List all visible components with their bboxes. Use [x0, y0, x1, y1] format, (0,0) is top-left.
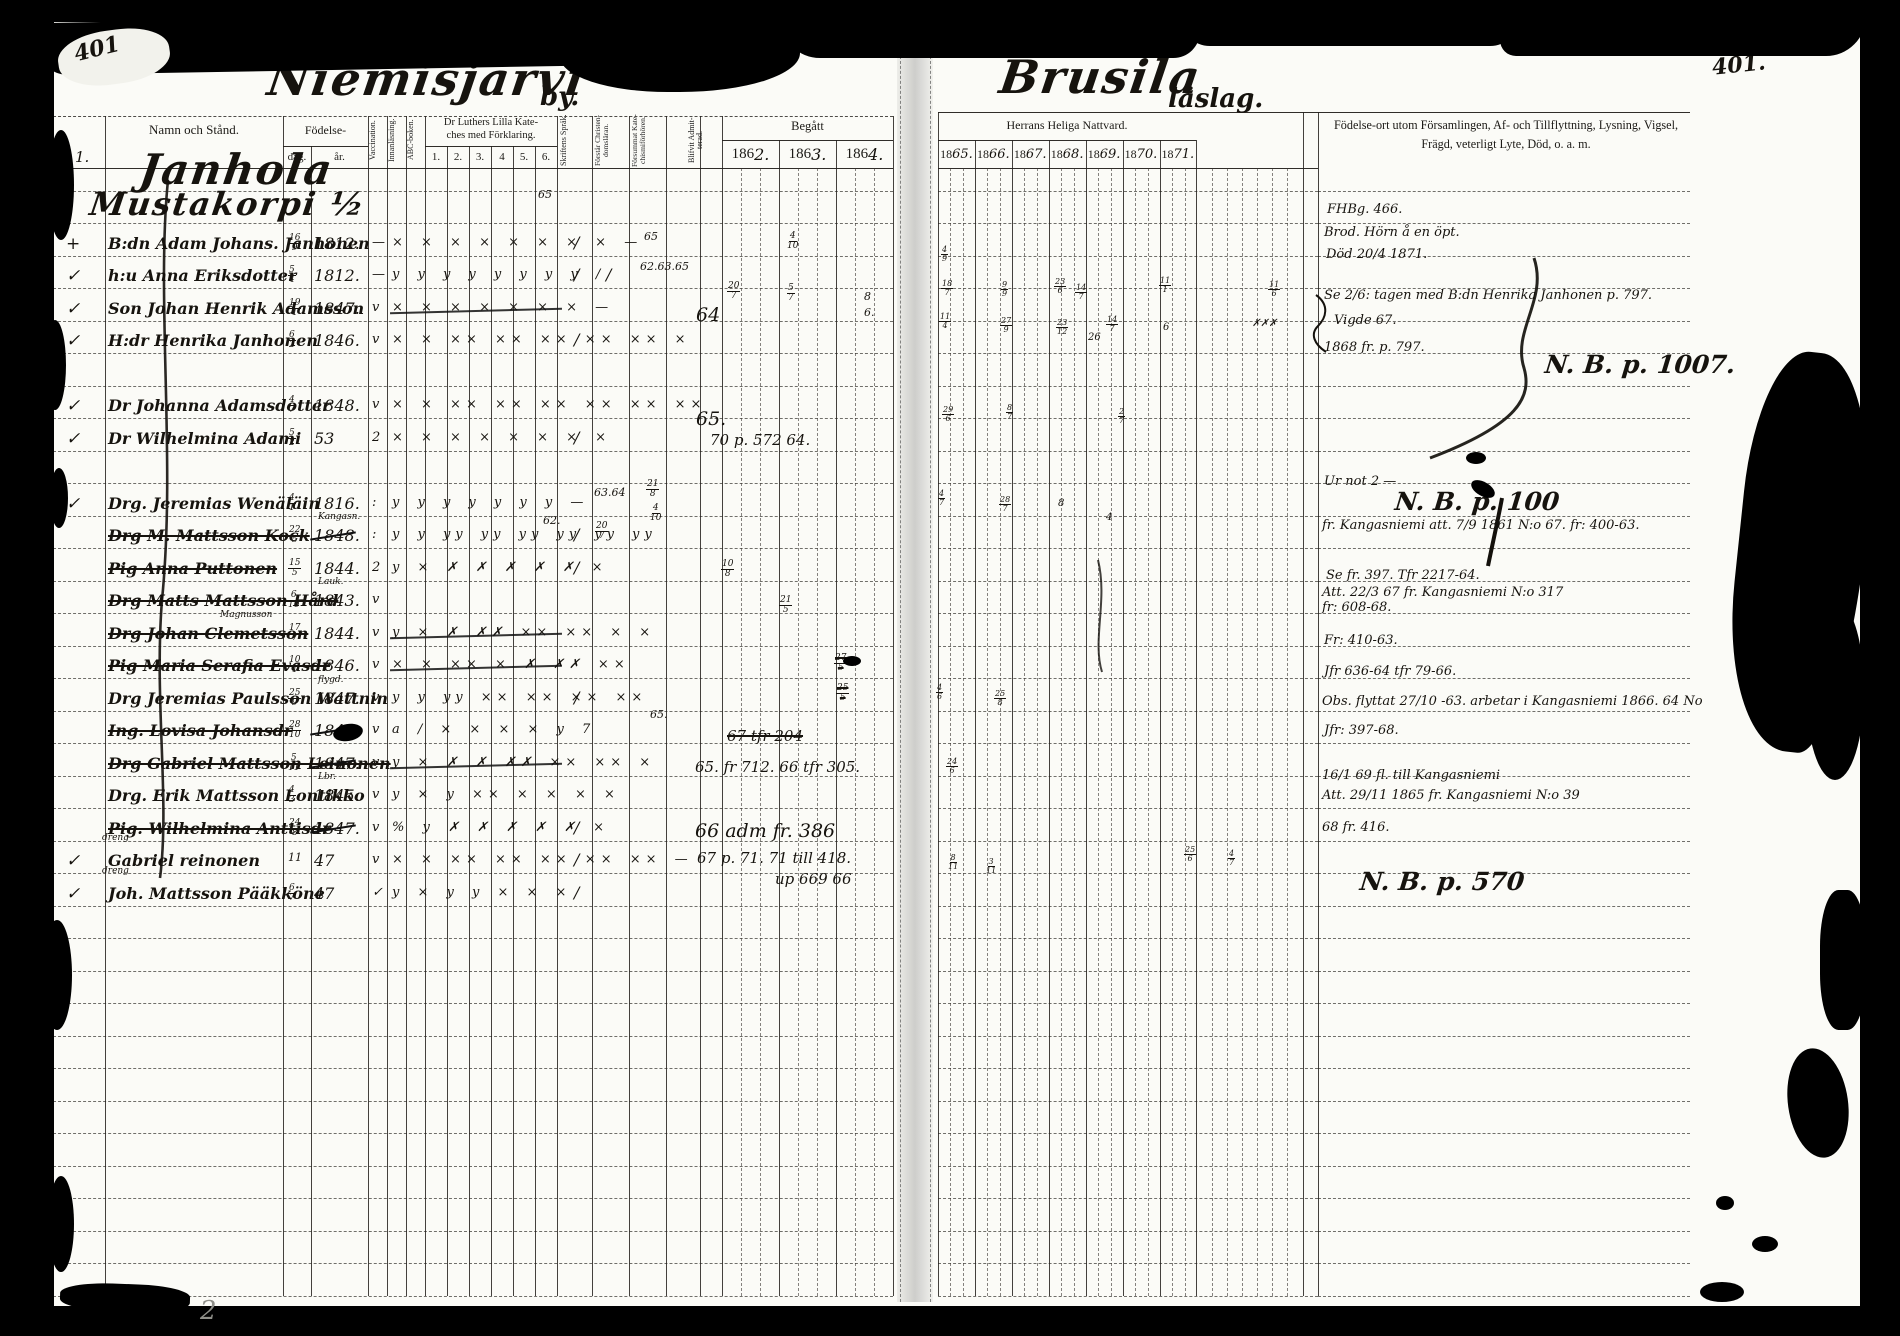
- year-label-part: 3.: [811, 145, 826, 164]
- fraction-part: 17: [288, 624, 301, 634]
- begatt-annotation: 70 p. 572 64.: [710, 431, 810, 449]
- note-entry: Jfr 636-64 tfr 79-66.: [1324, 664, 1456, 679]
- year-label-part: 18: [1051, 147, 1063, 162]
- fraction-part: 6: [1188, 855, 1193, 863]
- begatt-annotation: 207: [595, 522, 608, 541]
- birth-day: 11: [288, 851, 302, 864]
- fraction-part: 6: [288, 884, 296, 894]
- communion-mark: 236: [1054, 278, 1066, 295]
- begatt-annotation: 410: [650, 504, 661, 523]
- script-mark: /: [574, 818, 579, 837]
- ruled-line: [48, 223, 893, 224]
- ruled-line: [48, 1101, 893, 1102]
- communion-mark: 256: [1184, 846, 1196, 863]
- begatt-annotation: 67 p. 71. 71 till 418.: [697, 849, 851, 867]
- ink-blot: [843, 656, 861, 666]
- year-label-part: 69.: [1100, 147, 1121, 162]
- fraction-part: 5: [840, 694, 846, 703]
- row-name: Pig. Wilhelmina Anttisdr: [108, 819, 298, 838]
- note-entry: Död 20/4 1871.: [1326, 247, 1427, 262]
- fraction-part: 5: [290, 754, 298, 764]
- ruled-line: [48, 353, 893, 354]
- communion-mark: 147: [1106, 316, 1118, 333]
- fraction-part: 2: [289, 439, 295, 448]
- communion-mark: 8: [1058, 498, 1064, 509]
- year-label-part: 18: [1014, 147, 1026, 162]
- fraction-part: 5: [838, 664, 844, 673]
- year-label-part: 2.: [754, 145, 769, 164]
- communion-mark: 46: [936, 684, 943, 701]
- begatt-annotation: 64: [696, 304, 720, 326]
- ruled-line: [938, 646, 1318, 647]
- fraction-part: 5: [292, 536, 298, 545]
- fraction-part: 7: [292, 634, 298, 643]
- ruled-line: [48, 1263, 893, 1264]
- ruled-line: [48, 288, 893, 289]
- header-notes-line2: Frägd, veterligt Lyte, Död, o. a. m.: [1421, 137, 1590, 151]
- fraction-part: 6: [937, 693, 942, 701]
- header-year: 1868.: [1049, 140, 1086, 168]
- ruled-line: [938, 1166, 1318, 1167]
- column-line: [1227, 168, 1228, 1296]
- birth-year-note: Kangasn.: [318, 512, 360, 522]
- column-line: [1074, 168, 1075, 1296]
- ruled-line: [1318, 451, 1690, 452]
- scan-artifact: [780, 18, 1200, 58]
- year-label-part: 4.: [868, 145, 883, 164]
- ruled-line: [48, 1068, 893, 1069]
- birth-year: 1812.: [314, 266, 360, 285]
- vaccination-mark: ✓: [372, 885, 383, 900]
- communion-mark: 311: [986, 858, 996, 875]
- birth-year: 1847.: [314, 689, 360, 708]
- year-label-part: 18: [977, 147, 989, 162]
- ruled-line: [48, 386, 893, 387]
- scan-artifact: [1820, 890, 1866, 1030]
- ruled-line: [48, 711, 893, 712]
- begatt-annotation: 410: [787, 232, 798, 251]
- vaccination-mark: v: [372, 397, 379, 412]
- ruled-line: [48, 1231, 893, 1232]
- birth-day: 259: [288, 689, 301, 708]
- fraction-part: 9: [1002, 290, 1007, 298]
- row-name: B:dn Adam Johans. Janhonen: [108, 234, 298, 253]
- ruled-line: [48, 418, 893, 419]
- script-mark: /: [574, 883, 579, 902]
- ruled-line: [938, 256, 1318, 257]
- fraction-part: 6: [1058, 287, 1063, 295]
- column-line: [975, 140, 976, 1296]
- fraction-part: 4: [289, 276, 295, 285]
- header-year: 1867.: [1012, 140, 1049, 168]
- ruled-line: [48, 906, 893, 907]
- fraction-part: 4: [288, 494, 296, 504]
- header-understands: Förstår Christen-domsläran.: [594, 112, 628, 169]
- header-birth: Födelse-: [283, 118, 368, 142]
- fraction-part: 16: [288, 234, 301, 244]
- column-line: [1257, 168, 1258, 1296]
- scan-artifact: [1500, 16, 1866, 56]
- year-label-part: 70.: [1137, 147, 1158, 162]
- script-mark: /: [574, 558, 579, 577]
- communion-mark: 147: [1075, 284, 1087, 301]
- catechism-marks: × × × × × × × × —: [392, 235, 642, 250]
- communion-mark: 246: [946, 758, 958, 775]
- understands-mark: /: [606, 265, 611, 284]
- fraction-part: 7: [939, 499, 944, 507]
- row-name: h:u Anna Eriksdotter: [108, 266, 296, 285]
- column-line: [1123, 140, 1124, 1296]
- column-line: [836, 140, 837, 1296]
- column-line: [893, 116, 894, 1296]
- row-name: Drg Gabriel Mattsson Leinonen: [108, 754, 298, 773]
- ruled-line: [1318, 1296, 1690, 1297]
- scan-artifact: [1466, 452, 1486, 464]
- ruled-line: [1318, 1263, 1690, 1264]
- vaccination-mark: v: [372, 625, 379, 640]
- begatt-annotation: 215: [779, 596, 792, 615]
- fraction-part: 7: [945, 289, 950, 297]
- right-page-title-suffix: läslag.: [1168, 84, 1263, 114]
- ruled-line: [938, 1101, 1318, 1102]
- left-page-title-suffix: by.: [540, 82, 579, 112]
- begatt-annotation: 57: [787, 284, 795, 303]
- column-line: [963, 168, 964, 1296]
- ruled-line: [48, 971, 893, 972]
- header-catechism-col: 6.: [535, 146, 557, 168]
- catechism-marks: y y yy yy yy yy yy yy: [392, 527, 657, 542]
- birth-day: 43: [288, 786, 296, 805]
- header-year: 1864.: [836, 140, 893, 168]
- year-label-part: 68.: [1063, 147, 1084, 162]
- fraction-part: 9: [942, 255, 947, 263]
- row-name: Dr Wilhelmina Adami: [108, 429, 298, 448]
- fraction-part: 6: [950, 767, 955, 775]
- fraction-part: 10: [289, 731, 300, 740]
- communion-mark: 26: [1088, 332, 1101, 343]
- begatt-annotation: 255: [836, 684, 849, 703]
- vaccination-mark: v: [372, 300, 379, 315]
- row-name: Drg Jeremias Paulsson Wattnin: [108, 689, 298, 708]
- row-name: Pig Maria Serafia Evasdr: [108, 656, 298, 675]
- fraction-part: 7: [1079, 293, 1084, 301]
- ruled-line: [48, 1166, 893, 1167]
- column-line: [779, 140, 780, 1296]
- birth-day: 610: [288, 591, 299, 610]
- catechism-marks: y y yy ×× ×× ×× ××: [392, 690, 647, 705]
- note-entry: FHBg. 466.: [1327, 202, 1402, 217]
- begatt-annotation: 6.: [864, 306, 875, 319]
- header-catechism-col: 1.: [425, 146, 447, 168]
- birth-year-note: Lbr.: [318, 772, 336, 782]
- birth-day: 47: [288, 396, 296, 415]
- birth-day: 511: [288, 754, 299, 773]
- scan-artifact: [42, 920, 72, 1030]
- column-line: [1135, 168, 1136, 1296]
- column-line: [1272, 168, 1273, 1296]
- ruled-line: [938, 581, 1318, 582]
- begatt-annotation: 65. fr 712. 66 tfr 305.: [695, 758, 860, 776]
- ruled-line: [938, 841, 1318, 842]
- fraction-part: 7: [289, 406, 295, 415]
- header-catechism: Dr Luthers Lilla Kate- ches med Förklari…: [426, 116, 556, 146]
- birth-year: 1846.: [314, 656, 360, 675]
- begatt-annotation: 62.63.65: [640, 260, 689, 273]
- ruled-line: [938, 483, 1318, 484]
- catechism-marks: × × ×× ×× ×× ×× ×× ×: [392, 332, 691, 347]
- column-line: [1212, 168, 1213, 1296]
- vaccination-mark: v: [372, 657, 379, 672]
- vaccination-mark: —: [372, 267, 385, 282]
- fraction-part: 1: [289, 504, 295, 513]
- ruled-line: [48, 321, 893, 322]
- column-line: [105, 116, 106, 1296]
- ruled-line: [1318, 841, 1690, 842]
- column-line: [1086, 140, 1087, 1296]
- scan-artifact: [560, 14, 800, 92]
- note-entry: 68 fr. 416.: [1322, 820, 1389, 835]
- birth-year: 1845.: [314, 786, 360, 805]
- communion-mark: 27: [1118, 408, 1125, 425]
- header-admitted: Blifvit Admit-terad.: [688, 112, 720, 169]
- column-line: [1049, 140, 1050, 1296]
- year-label-part: 71.: [1173, 147, 1194, 162]
- communion-mark: 258: [994, 690, 1006, 707]
- ruled-line: [1318, 191, 1690, 192]
- vaccination-mark: v: [372, 332, 379, 347]
- column-line: [447, 146, 448, 1296]
- catechism-marks: y × y y × × ×: [392, 885, 571, 900]
- script-mark: /: [574, 428, 579, 447]
- header-catechism-col: 3.: [469, 146, 491, 168]
- begatt-annotation: 207: [727, 282, 740, 301]
- row-name: Dr Johanna Adamsdotter: [108, 396, 298, 415]
- ruled-line: [938, 548, 1318, 549]
- birth-year-note: Lauk.: [318, 577, 343, 587]
- margin-mark: ✓: [66, 884, 80, 904]
- ruled-line: [1318, 938, 1690, 939]
- ruled-line: [938, 1263, 1318, 1264]
- column-line: [629, 116, 630, 1296]
- catechism-marks: × × ×× ×× ×× ×× ×× —: [392, 852, 693, 867]
- margin-mark: +: [66, 234, 80, 254]
- column-line: [1287, 168, 1288, 1296]
- column-line: [1037, 168, 1038, 1296]
- note-entry: fr. Kangasniemi att. 7/9 1861 N:o 67. fr…: [1322, 518, 1640, 533]
- bottom-scribble: 2: [200, 1296, 217, 1326]
- note-entry: Att. 22/3 67 fr. Kangasniemi N:o 317: [1322, 585, 1563, 600]
- margin-mark: ✓: [66, 429, 80, 449]
- note-entry: 16/1 69 fl. till Kangasniemi: [1322, 768, 1500, 783]
- fraction-part: 8: [292, 829, 298, 838]
- header-vaccination: Vaccination.: [369, 113, 387, 167]
- ruled-line: [48, 451, 893, 452]
- fraction-part: 19: [288, 299, 301, 309]
- header-year: 1870.: [1123, 140, 1160, 168]
- column-line: [1318, 112, 1319, 1296]
- column-line: [987, 168, 988, 1296]
- header-year: 1871.: [1159, 140, 1196, 168]
- birth-day: 67: [288, 884, 296, 903]
- note-entry: N. B. p. 1007.: [1543, 350, 1736, 379]
- column-line: [855, 168, 856, 1296]
- fraction-part: 7: [788, 294, 794, 303]
- column-line: [469, 146, 470, 1296]
- scan-artifact: [44, 320, 66, 410]
- ruled-line: [48, 938, 893, 939]
- year-label-part: 65.: [952, 147, 973, 162]
- fraction-part: 5: [292, 569, 298, 578]
- ruled-line: [48, 256, 893, 257]
- script-mark: /: [574, 850, 579, 869]
- vaccination-mark: v: [372, 852, 379, 867]
- fraction-part: 5: [783, 606, 789, 615]
- column-line: [1160, 140, 1161, 1296]
- ruled-line: [48, 613, 893, 614]
- fraction-part: 10: [787, 242, 798, 251]
- vaccination-mark: v: [372, 787, 379, 802]
- scan-artifact: [1700, 1282, 1744, 1302]
- ruled-line: [1318, 1101, 1690, 1102]
- begatt-annotation: 62.: [543, 514, 561, 527]
- ruled-line: [48, 1036, 893, 1037]
- header-communion: Herrans Heliga Nattvard.: [938, 112, 1196, 138]
- birth-day: 62: [288, 331, 296, 350]
- row-name: Drg M. Mattsson Kock: [108, 526, 298, 545]
- birth-year: 1843.: [314, 591, 360, 610]
- ruled-line: [48, 1003, 893, 1004]
- year-label-part: 67.: [1026, 147, 1047, 162]
- farm-name: Mustakorpi ½: [87, 185, 368, 223]
- row-name: Son Johan Henrik Adamsson: [108, 299, 298, 318]
- fraction-part: 15: [288, 559, 301, 569]
- ruled-line: [938, 386, 1318, 387]
- ruled-line: [938, 1296, 1318, 1297]
- ruled-line: [938, 711, 1318, 712]
- column-line: [1000, 168, 1001, 1296]
- scan-artifact: [48, 1176, 74, 1272]
- ruled-line: [938, 418, 1318, 419]
- ruled-line: [1318, 1036, 1690, 1037]
- birth-year: 1847.: [314, 299, 360, 318]
- row-name: Drg. Jeremias Wenäläin: [108, 494, 298, 513]
- year-label-part: 18: [1088, 147, 1100, 162]
- scan-artifact: [1180, 16, 1520, 46]
- communion-mark: 47: [938, 490, 945, 507]
- fraction-part: 8: [650, 490, 656, 499]
- ruled-line: [938, 1036, 1318, 1037]
- birth-day: 169: [288, 234, 301, 253]
- column-line: [425, 116, 426, 1296]
- fraction-part: 7: [731, 292, 737, 301]
- vaccination-mark: :: [372, 527, 376, 542]
- birth-year: 1844.: [314, 624, 360, 643]
- ruled-line: [1318, 1166, 1690, 1167]
- header-year: 1865.: [938, 140, 975, 168]
- fraction-part: 1: [292, 666, 298, 675]
- row-pre-note: dreng: [102, 866, 129, 876]
- column-line: [950, 168, 951, 1296]
- column-line: [592, 116, 593, 1296]
- column-line: [491, 146, 492, 1296]
- fraction-part: 7: [1110, 325, 1115, 333]
- ruled-line: [938, 938, 1318, 939]
- begatt-annotation: 65: [538, 188, 552, 201]
- header-year: 1863.: [779, 140, 836, 168]
- margin-mark: ✓: [66, 494, 80, 514]
- ruled-line: [1318, 548, 1690, 549]
- birth-year: 1812.: [314, 234, 360, 253]
- row-name: Joh. Mattsson Pääkköne: [108, 884, 298, 903]
- communion-mark: 114: [939, 313, 951, 330]
- margin-mark: ✓: [66, 299, 80, 319]
- communion-mark: 111: [1159, 277, 1171, 294]
- fraction-part: 9: [1004, 326, 1009, 334]
- ruled-line: [938, 1068, 1318, 1069]
- fraction-part: 9: [292, 699, 298, 708]
- column-line: [557, 116, 558, 1296]
- begatt-annotation: 67 tfr 204: [727, 727, 803, 745]
- ruled-line: [48, 548, 893, 549]
- ruled-line: [938, 1133, 1318, 1134]
- communion-mark: 99: [1001, 281, 1008, 298]
- fraction-part: 7: [1003, 505, 1008, 513]
- begatt-annotation: up 669 66: [775, 870, 852, 888]
- ruled-line: [48, 808, 893, 809]
- header-begatt: Begått: [722, 114, 893, 138]
- begatt-annotation: 65.: [650, 708, 668, 721]
- ruled-line: [938, 1003, 1318, 1004]
- fraction-part: 10: [288, 601, 299, 610]
- ruled-line: [938, 1198, 1318, 1199]
- birth-year: 53: [314, 429, 334, 448]
- fraction-part: 7: [1007, 413, 1012, 421]
- catechism-marks: a / × × × × y 7: [392, 722, 595, 737]
- ruled-line: [48, 646, 893, 647]
- begatt-annotation: 8: [864, 290, 871, 303]
- ruled-line: [938, 1231, 1318, 1232]
- ruled-line: [1318, 1198, 1690, 1199]
- header-catechism-line1: Dr Luthers Lilla Kate-: [444, 117, 538, 128]
- fraction-part: 11: [986, 867, 996, 875]
- ruled-line: [1318, 1003, 1690, 1004]
- column-line: [700, 116, 701, 1296]
- header-line: [938, 168, 1318, 169]
- fraction-part: 12: [1057, 328, 1067, 336]
- ruled-line: [938, 906, 1318, 907]
- column-line: [1242, 168, 1243, 1296]
- column-line: [817, 168, 818, 1296]
- header-catechism-col: 4: [491, 146, 513, 168]
- note-entry: Att. 29/11 1865 fr. Kangasniemi N:o 39: [1322, 788, 1580, 803]
- fraction-part: 7: [1229, 859, 1234, 867]
- row-name: Drg Matts Mattsson Hård: [108, 591, 298, 610]
- begatt-annotation: 65.: [696, 408, 726, 430]
- column-line: [722, 116, 723, 1296]
- header-catechism-col: 5.: [513, 146, 535, 168]
- communion-mark: 47: [1228, 850, 1235, 867]
- fraction-part: 4: [943, 322, 948, 330]
- note-entry: Ur not 2 —: [1324, 474, 1396, 489]
- communion-mark: 296: [942, 406, 954, 423]
- begatt-annotation: 63.64: [594, 486, 626, 499]
- communion-mark: ✗✗✗: [1252, 318, 1277, 329]
- begatt-annotation: 218: [646, 480, 659, 499]
- scan-artifact: [1752, 1236, 1778, 1252]
- ruled-line: [1318, 418, 1690, 419]
- begatt-annotation: 65: [644, 230, 658, 243]
- row-name: Pig Anna Puttonen: [108, 559, 277, 578]
